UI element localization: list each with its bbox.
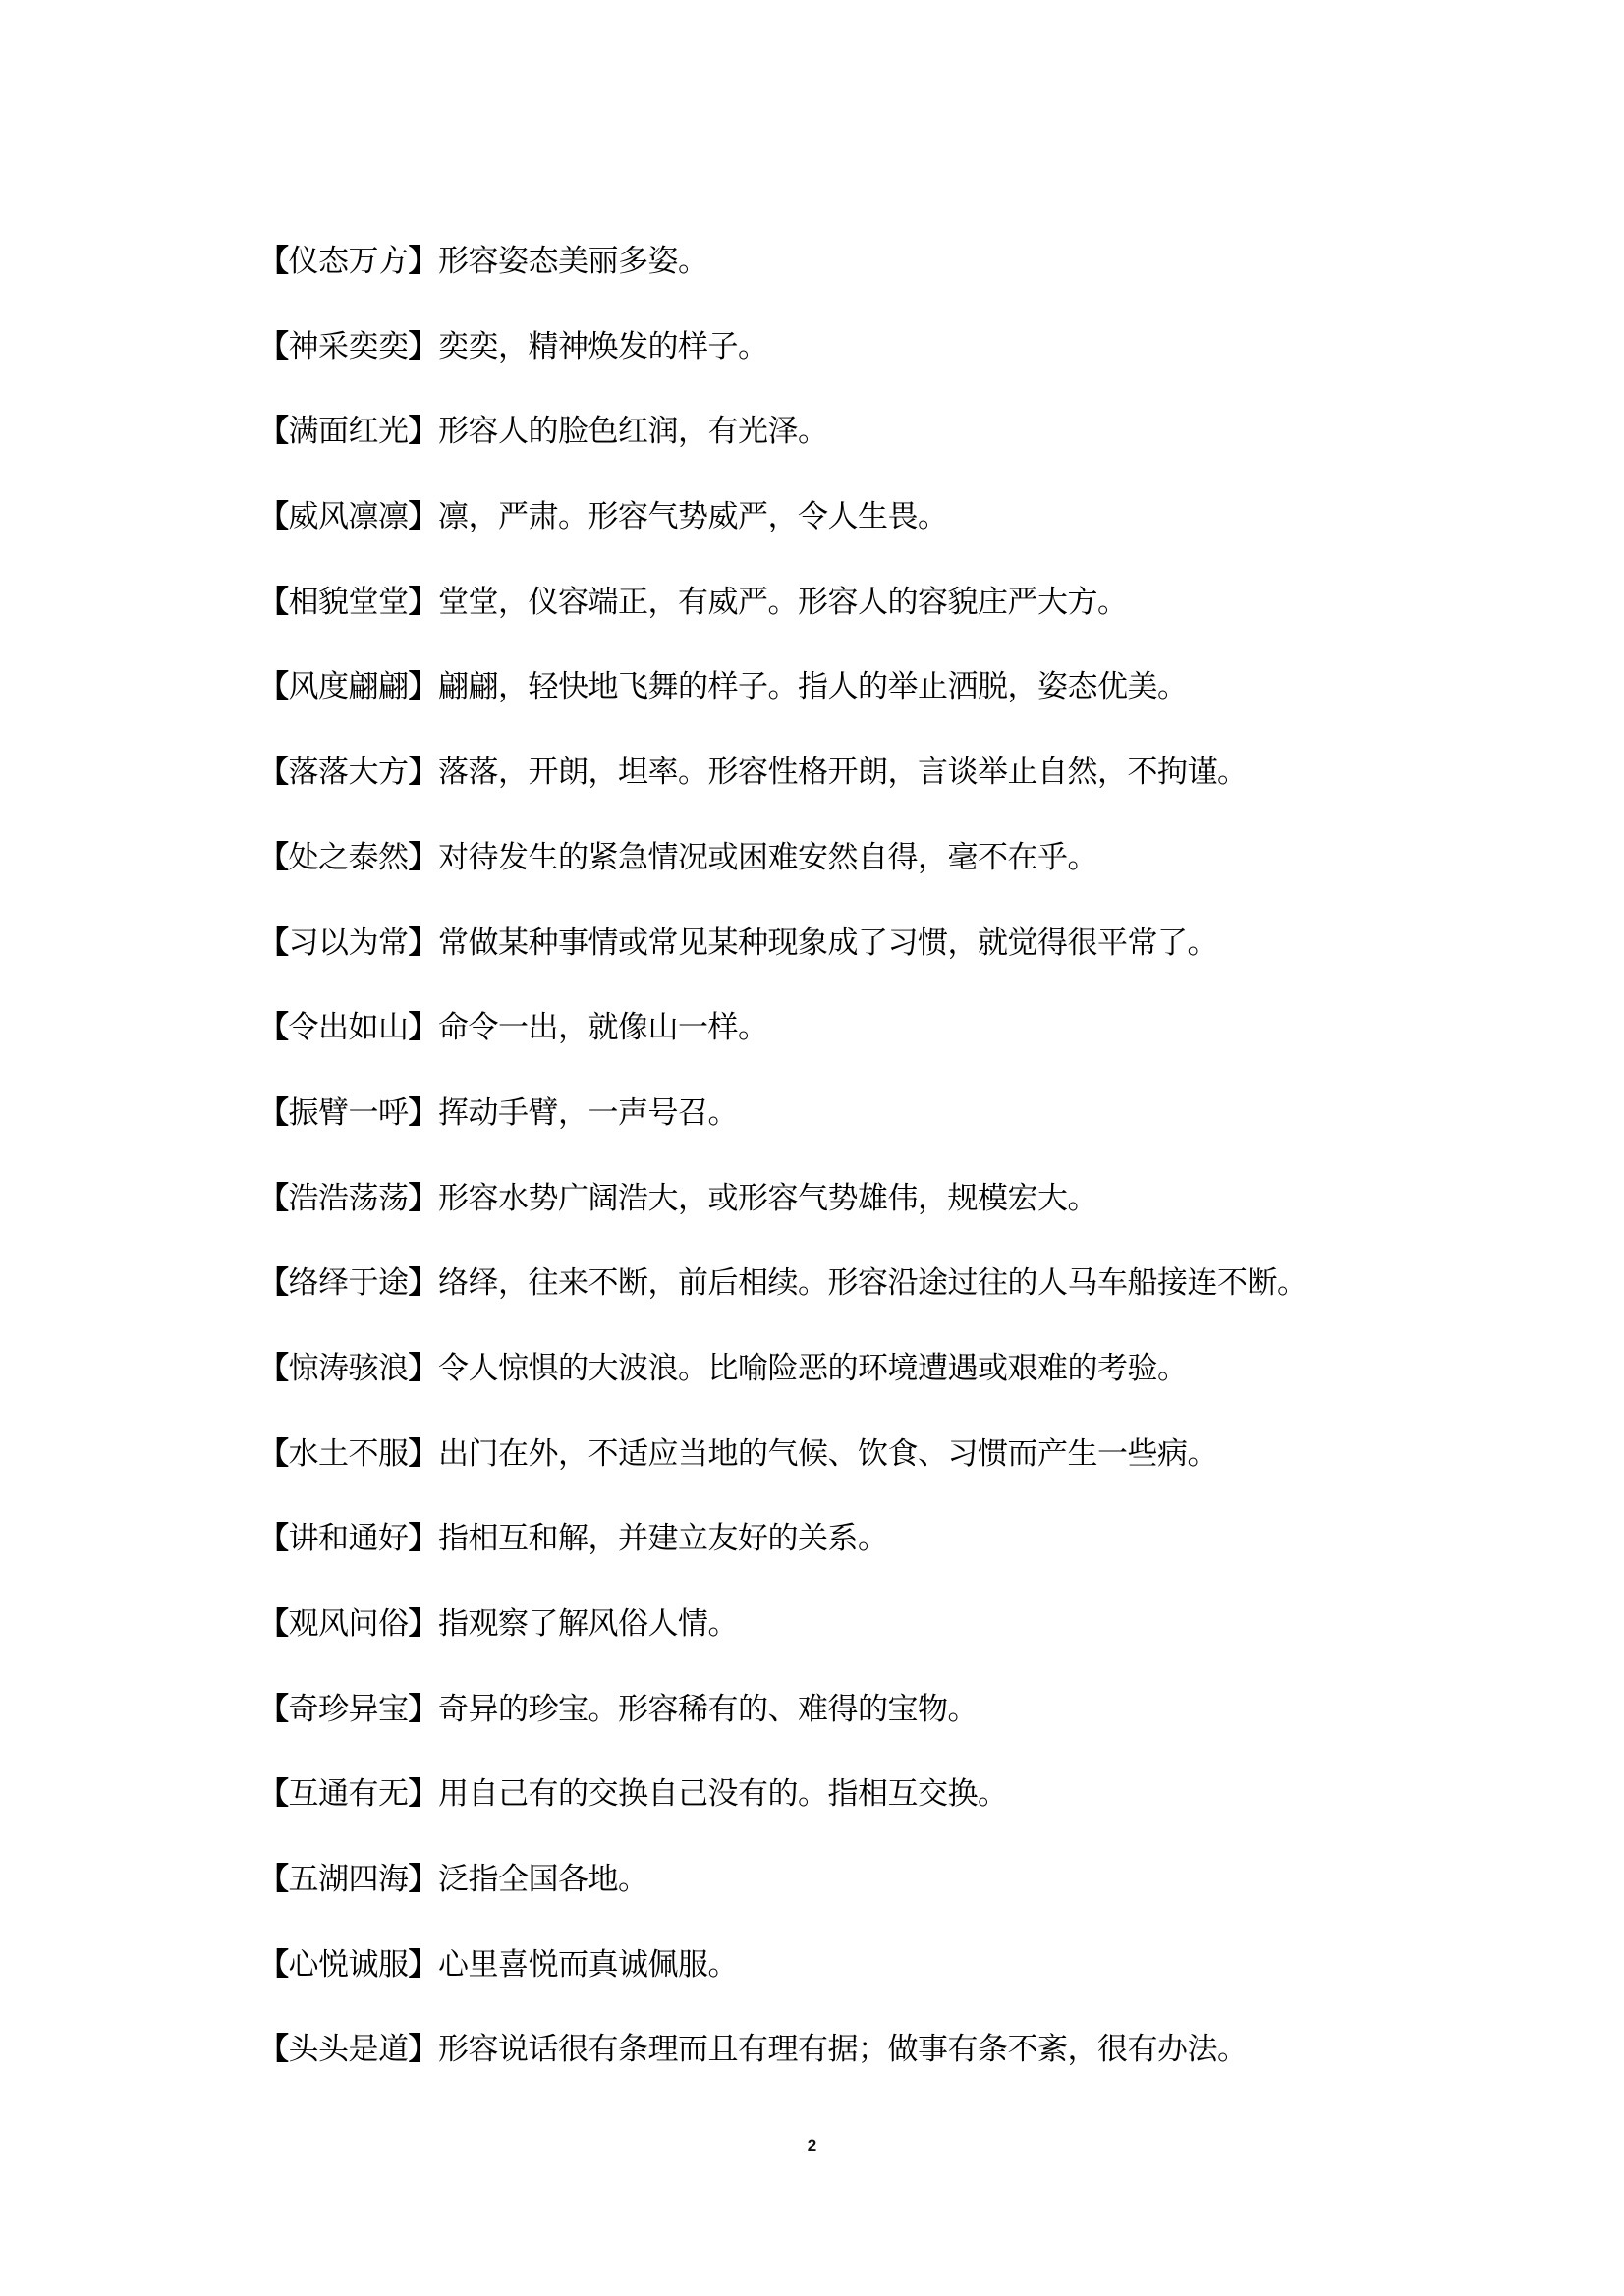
idiom-entry: 【处之泰然】对待发生的紧急情况或困难安然自得，毫不在乎。 xyxy=(258,835,1437,921)
idiom-term: 惊涛骇浪 xyxy=(289,1351,409,1386)
bracket-open: 【 xyxy=(258,1010,289,1045)
bracket-close: 】 xyxy=(409,1692,439,1727)
idiom-term: 处之泰然 xyxy=(289,840,409,875)
bracket-close: 】 xyxy=(409,755,439,790)
idiom-definition: 心里喜悦而真诚佩服。 xyxy=(438,1947,738,1983)
bracket-close: 】 xyxy=(409,1351,439,1386)
bracket-close: 】 xyxy=(409,1776,439,1812)
idiom-definition: 形容人的脸色红润，有光泽。 xyxy=(438,414,828,449)
idiom-entry: 【风度翩翩】翩翩，轻快地飞舞的样子。指人的举止洒脱，姿态优美。 xyxy=(258,664,1437,750)
idiom-list: 【仪态万方】形容姿态美丽多姿。 【神采奕奕】奕奕，精神焕发的样子。 【满面红光】… xyxy=(258,239,1437,2112)
bracket-open: 【 xyxy=(258,1776,289,1812)
bracket-close: 】 xyxy=(409,1521,439,1556)
bracket-close: 】 xyxy=(409,1947,439,1983)
idiom-entry: 【心悦诚服】心里喜悦而真诚佩服。 xyxy=(258,1942,1437,2028)
idiom-definition: 形容水势广阔浩大，或形容气势雄伟，规模宏大。 xyxy=(438,1181,1097,1216)
page-number: 2 xyxy=(0,2136,1624,2156)
idiom-entry: 【威风凛凛】凛，严肃。形容气势威严，令人生畏。 xyxy=(258,494,1437,580)
idiom-term: 水土不服 xyxy=(289,1436,409,1472)
idiom-definition: 令人惊惧的大波浪。比喻险恶的环境遭遇或艰难的考验。 xyxy=(438,1351,1188,1386)
idiom-entry: 【满面红光】形容人的脸色红润，有光泽。 xyxy=(258,409,1437,494)
bracket-close: 】 xyxy=(409,1436,439,1472)
idiom-term: 头头是道 xyxy=(289,2032,409,2067)
idiom-entry: 【络绎于途】络绎，往来不断，前后相续。形容沿途过往的人马车船接连不断。 xyxy=(258,1260,1437,1346)
idiom-term: 络绎于途 xyxy=(289,1265,409,1301)
idiom-term: 奇珍异宝 xyxy=(289,1692,409,1727)
idiom-entry: 【观风问俗】指观察了解风俗人情。 xyxy=(258,1601,1437,1687)
idiom-entry: 【振臂一呼】挥动手臂，一声号召。 xyxy=(258,1091,1437,1176)
bracket-close: 】 xyxy=(409,585,439,620)
idiom-entry: 【习以为常】常做某种事情或常见某种现象成了习惯，就觉得很平常了。 xyxy=(258,921,1437,1006)
bracket-close: 】 xyxy=(409,1862,439,1897)
idiom-definition: 常做某种事情或常见某种现象成了习惯，就觉得很平常了。 xyxy=(438,925,1217,961)
idiom-definition: 对待发生的紧急情况或困难安然自得，毫不在乎。 xyxy=(438,840,1097,875)
idiom-term: 习以为常 xyxy=(289,925,409,961)
idiom-entry: 【令出如山】命令一出，就像山一样。 xyxy=(258,1005,1437,1091)
idiom-term: 心悦诚服 xyxy=(289,1947,409,1983)
idiom-definition: 落落，开朗，坦率。形容性格开朗，言谈举止自然，不拘谨。 xyxy=(438,755,1248,790)
bracket-open: 【 xyxy=(258,1862,289,1897)
idiom-term: 落落大方 xyxy=(289,755,409,790)
idiom-term: 令出如山 xyxy=(289,1010,409,1045)
bracket-close: 】 xyxy=(409,2032,439,2067)
idiom-term: 神采奕奕 xyxy=(289,329,409,364)
idiom-entry: 【神采奕奕】奕奕，精神焕发的样子。 xyxy=(258,324,1437,410)
idiom-definition: 凛，严肃。形容气势威严，令人生畏。 xyxy=(438,499,948,534)
idiom-term: 浩浩荡荡 xyxy=(289,1181,409,1216)
bracket-close: 】 xyxy=(409,1606,439,1642)
idiom-definition: 奕奕，精神焕发的样子。 xyxy=(438,329,768,364)
bracket-close: 】 xyxy=(409,925,439,961)
bracket-open: 【 xyxy=(258,329,289,364)
idiom-definition: 形容说话很有条理而且有理有据；做事有条不紊，很有办法。 xyxy=(438,2032,1248,2067)
bracket-close: 】 xyxy=(409,499,439,534)
bracket-open: 【 xyxy=(258,1521,289,1556)
bracket-open: 【 xyxy=(258,669,289,704)
idiom-term: 互通有无 xyxy=(289,1776,409,1812)
idiom-definition: 形容姿态美丽多姿。 xyxy=(438,244,708,279)
bracket-open: 【 xyxy=(258,1947,289,1983)
bracket-open: 【 xyxy=(258,1351,289,1386)
bracket-open: 【 xyxy=(258,1095,289,1131)
bracket-open: 【 xyxy=(258,1181,289,1216)
bracket-close: 】 xyxy=(409,414,439,449)
bracket-open: 【 xyxy=(258,1606,289,1642)
idiom-definition: 堂堂，仪容端正，有威严。形容人的容貌庄严大方。 xyxy=(438,585,1128,620)
bracket-open: 【 xyxy=(258,1692,289,1727)
bracket-open: 【 xyxy=(258,585,289,620)
document-page: 【仪态万方】形容姿态美丽多姿。 【神采奕奕】奕奕，精神焕发的样子。 【满面红光】… xyxy=(0,0,1624,2296)
bracket-open: 【 xyxy=(258,499,289,534)
idiom-term: 观风问俗 xyxy=(289,1606,409,1642)
idiom-term: 讲和通好 xyxy=(289,1521,409,1556)
bracket-open: 【 xyxy=(258,1436,289,1472)
idiom-entry: 【仪态万方】形容姿态美丽多姿。 xyxy=(258,239,1437,324)
idiom-entry: 【落落大方】落落，开朗，坦率。形容性格开朗，言谈举止自然，不拘谨。 xyxy=(258,750,1437,835)
bracket-open: 【 xyxy=(258,244,289,279)
idiom-entry: 【讲和通好】指相互和解，并建立友好的关系。 xyxy=(258,1516,1437,1601)
idiom-definition: 翩翩，轻快地飞舞的样子。指人的举止洒脱，姿态优美。 xyxy=(438,669,1188,704)
idiom-entry: 【奇珍异宝】奇异的珍宝。形容稀有的、难得的宝物。 xyxy=(258,1687,1437,1772)
idiom-definition: 泛指全国各地。 xyxy=(438,1862,648,1897)
bracket-close: 】 xyxy=(409,1265,439,1301)
idiom-definition: 挥动手臂，一声号召。 xyxy=(438,1095,738,1131)
bracket-open: 【 xyxy=(258,2032,289,2067)
idiom-entry: 【惊涛骇浪】令人惊惧的大波浪。比喻险恶的环境遭遇或艰难的考验。 xyxy=(258,1346,1437,1431)
idiom-definition: 出门在外，不适应当地的气候、饮食、习惯而产生一些病。 xyxy=(438,1436,1217,1472)
idiom-entry: 【水土不服】出门在外，不适应当地的气候、饮食、习惯而产生一些病。 xyxy=(258,1431,1437,1517)
idiom-term: 威风凛凛 xyxy=(289,499,409,534)
bracket-close: 】 xyxy=(409,840,439,875)
idiom-definition: 络绎，往来不断，前后相续。形容沿途过往的人马车船接连不断。 xyxy=(438,1265,1308,1301)
idiom-entry: 【相貌堂堂】堂堂，仪容端正，有威严。形容人的容貌庄严大方。 xyxy=(258,580,1437,665)
idiom-entry: 【头头是道】形容说话很有条理而且有理有据；做事有条不紊，很有办法。 xyxy=(258,2027,1437,2112)
bracket-close: 】 xyxy=(409,669,439,704)
idiom-term: 五湖四海 xyxy=(289,1862,409,1897)
bracket-close: 】 xyxy=(409,244,439,279)
bracket-open: 【 xyxy=(258,1265,289,1301)
bracket-close: 】 xyxy=(409,1095,439,1131)
idiom-entry: 【互通有无】用自己有的交换自己没有的。指相互交换。 xyxy=(258,1771,1437,1857)
idiom-entry: 【浩浩荡荡】形容水势广阔浩大，或形容气势雄伟，规模宏大。 xyxy=(258,1176,1437,1261)
bracket-open: 【 xyxy=(258,925,289,961)
bracket-close: 】 xyxy=(409,1181,439,1216)
idiom-term: 振臂一呼 xyxy=(289,1095,409,1131)
bracket-open: 【 xyxy=(258,840,289,875)
idiom-definition: 指相互和解，并建立友好的关系。 xyxy=(438,1521,888,1556)
bracket-open: 【 xyxy=(258,414,289,449)
idiom-definition: 命令一出，就像山一样。 xyxy=(438,1010,768,1045)
idiom-term: 仪态万方 xyxy=(289,244,409,279)
idiom-entry: 【五湖四海】泛指全国各地。 xyxy=(258,1857,1437,1942)
bracket-close: 】 xyxy=(409,329,439,364)
idiom-definition: 指观察了解风俗人情。 xyxy=(438,1606,738,1642)
idiom-term: 风度翩翩 xyxy=(289,669,409,704)
idiom-definition: 用自己有的交换自己没有的。指相互交换。 xyxy=(438,1776,1008,1812)
idiom-definition: 奇异的珍宝。形容稀有的、难得的宝物。 xyxy=(438,1692,978,1727)
bracket-open: 【 xyxy=(258,755,289,790)
idiom-term: 相貌堂堂 xyxy=(289,585,409,620)
idiom-term: 满面红光 xyxy=(289,414,409,449)
bracket-close: 】 xyxy=(409,1010,439,1045)
